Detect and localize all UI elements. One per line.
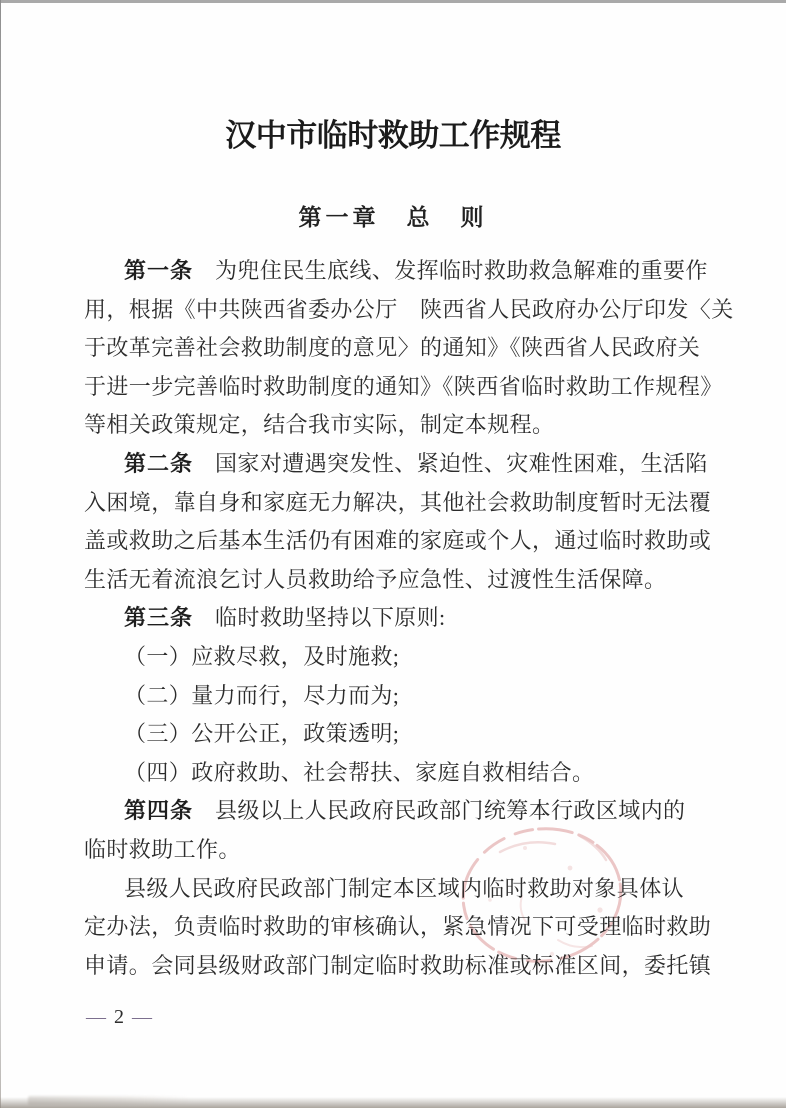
page-number: —2— bbox=[86, 1006, 153, 1029]
article-label: 第四条 bbox=[124, 798, 193, 823]
text-line: （三）公开公正，政策透明; bbox=[84, 715, 744, 754]
text-line: 用，根据《中共陕西省委办公厅 陕西省人民政府办公厅印发〈关 bbox=[84, 291, 744, 330]
scan-bottom-shadow bbox=[0, 1097, 786, 1108]
text-line: 县级人民政府民政部门制定本区域内临时救助对象具体认 bbox=[84, 870, 744, 909]
text-line: 盖或救助之后基本生活仍有困难的家庭或个人，通过临时救助或 bbox=[84, 522, 744, 561]
chapter-heading: 第一章 总 则 bbox=[0, 202, 786, 234]
article-label: 第一条 bbox=[124, 258, 193, 283]
line-text: 盖或救助之后基本生活仍有困难的家庭或个人，通过临时救助或 bbox=[84, 528, 711, 553]
text-line: 申请。会同县级财政部门制定临时救助标准或标准区间，委托镇 bbox=[84, 947, 744, 986]
text-line: （四）政府救助、社会帮扶、家庭自救相结合。 bbox=[84, 754, 744, 793]
text-line: 第二条国家对遭遇突发性、紧迫性、灾难性困难，生活陷 bbox=[84, 445, 744, 484]
scanned-document-page: 汉中市临时救助工作规程 第一章 总 则 第一条为兜住民生底线、发挥临时救助救急解… bbox=[0, 0, 786, 1108]
text-line: 生活无着流浪乞讨人员救助给予应急性、过渡性生活保障。 bbox=[84, 561, 744, 600]
text-line: 第三条临时救助坚持以下原则: bbox=[84, 599, 744, 638]
text-line: 于改革完善社会救助制度的意见〉的通知》《陕西省人民政府关 bbox=[84, 329, 744, 368]
line-text: 等相关政策规定，结合我市实际，制定本规程。 bbox=[84, 412, 554, 437]
line-text: 申请。会同县级财政部门制定临时救助标准或标准区间，委托镇 bbox=[84, 953, 711, 978]
line-text: 生活无着流浪乞讨人员救助给予应急性、过渡性生活保障。 bbox=[84, 567, 666, 592]
page-number-value: 2 bbox=[107, 1006, 132, 1028]
text-line: 临时救助工作。 bbox=[84, 831, 744, 870]
page-number-dash-left: — bbox=[86, 1006, 107, 1028]
line-text: 定办法，负责临时救助的审核确认，紧急情况下可受理临时救助 bbox=[84, 914, 711, 939]
line-text: （一）应救尽救，及时施救; bbox=[124, 644, 399, 669]
line-text: （四）政府救助、社会帮扶、家庭自救相结合。 bbox=[124, 760, 594, 785]
line-text: 县级以上人民政府民政部门统筹本行政区域内的 bbox=[215, 798, 685, 823]
scan-left-edge bbox=[0, 0, 1, 1108]
document-title: 汉中市临时救助工作规程 bbox=[0, 114, 786, 158]
line-text: 临时救助工作。 bbox=[84, 837, 241, 862]
line-text: （三）公开公正，政策透明; bbox=[124, 721, 399, 746]
article-label: 第二条 bbox=[124, 451, 193, 476]
line-text: 国家对遭遇突发性、紧迫性、灾难性困难，生活陷 bbox=[215, 451, 708, 476]
text-line: 第一条为兜住民生底线、发挥临时救助救急解难的重要作 bbox=[84, 252, 744, 291]
page-number-dash-right: — bbox=[132, 1006, 153, 1028]
line-text: 县级人民政府民政部门制定本区域内临时救助对象具体认 bbox=[124, 876, 684, 901]
text-line: 入困境，靠自身和家庭无力解决，其他社会救助制度暂时无法覆 bbox=[84, 484, 744, 523]
scan-top-edge bbox=[0, 0, 786, 3]
line-text: 入困境，靠自身和家庭无力解决，其他社会救助制度暂时无法覆 bbox=[84, 490, 711, 515]
article-label: 第三条 bbox=[124, 605, 193, 630]
text-line: （一）应救尽救，及时施救; bbox=[84, 638, 744, 677]
text-line: 定办法，负责临时救助的审核确认，紧急情况下可受理临时救助 bbox=[84, 908, 744, 947]
text-line: 于进一步完善临时救助制度的通知》《陕西省临时救助工作规程》 bbox=[84, 368, 744, 407]
line-text: 为兜住民生底线、发挥临时救助救急解难的重要作 bbox=[215, 258, 708, 283]
text-line: （二）量力而行，尽力而为; bbox=[84, 677, 744, 716]
line-text: 于进一步完善临时救助制度的通知》《陕西省临时救助工作规程》 bbox=[84, 374, 723, 399]
line-text: 于改革完善社会救助制度的意见〉的通知》《陕西省人民政府关 bbox=[84, 335, 700, 360]
document-body: 第一条为兜住民生底线、发挥临时救助救急解难的重要作用，根据《中共陕西省委办公厅 … bbox=[84, 252, 744, 985]
line-text: （二）量力而行，尽力而为; bbox=[124, 683, 399, 708]
text-line: 等相关政策规定，结合我市实际，制定本规程。 bbox=[84, 406, 744, 445]
text-line: 第四条县级以上人民政府民政部门统筹本行政区域内的 bbox=[84, 792, 744, 831]
line-text: 临时救助坚持以下原则: bbox=[215, 605, 446, 630]
line-text: 用，根据《中共陕西省委办公厅 陕西省人民政府办公厅印发〈关 bbox=[84, 297, 734, 322]
